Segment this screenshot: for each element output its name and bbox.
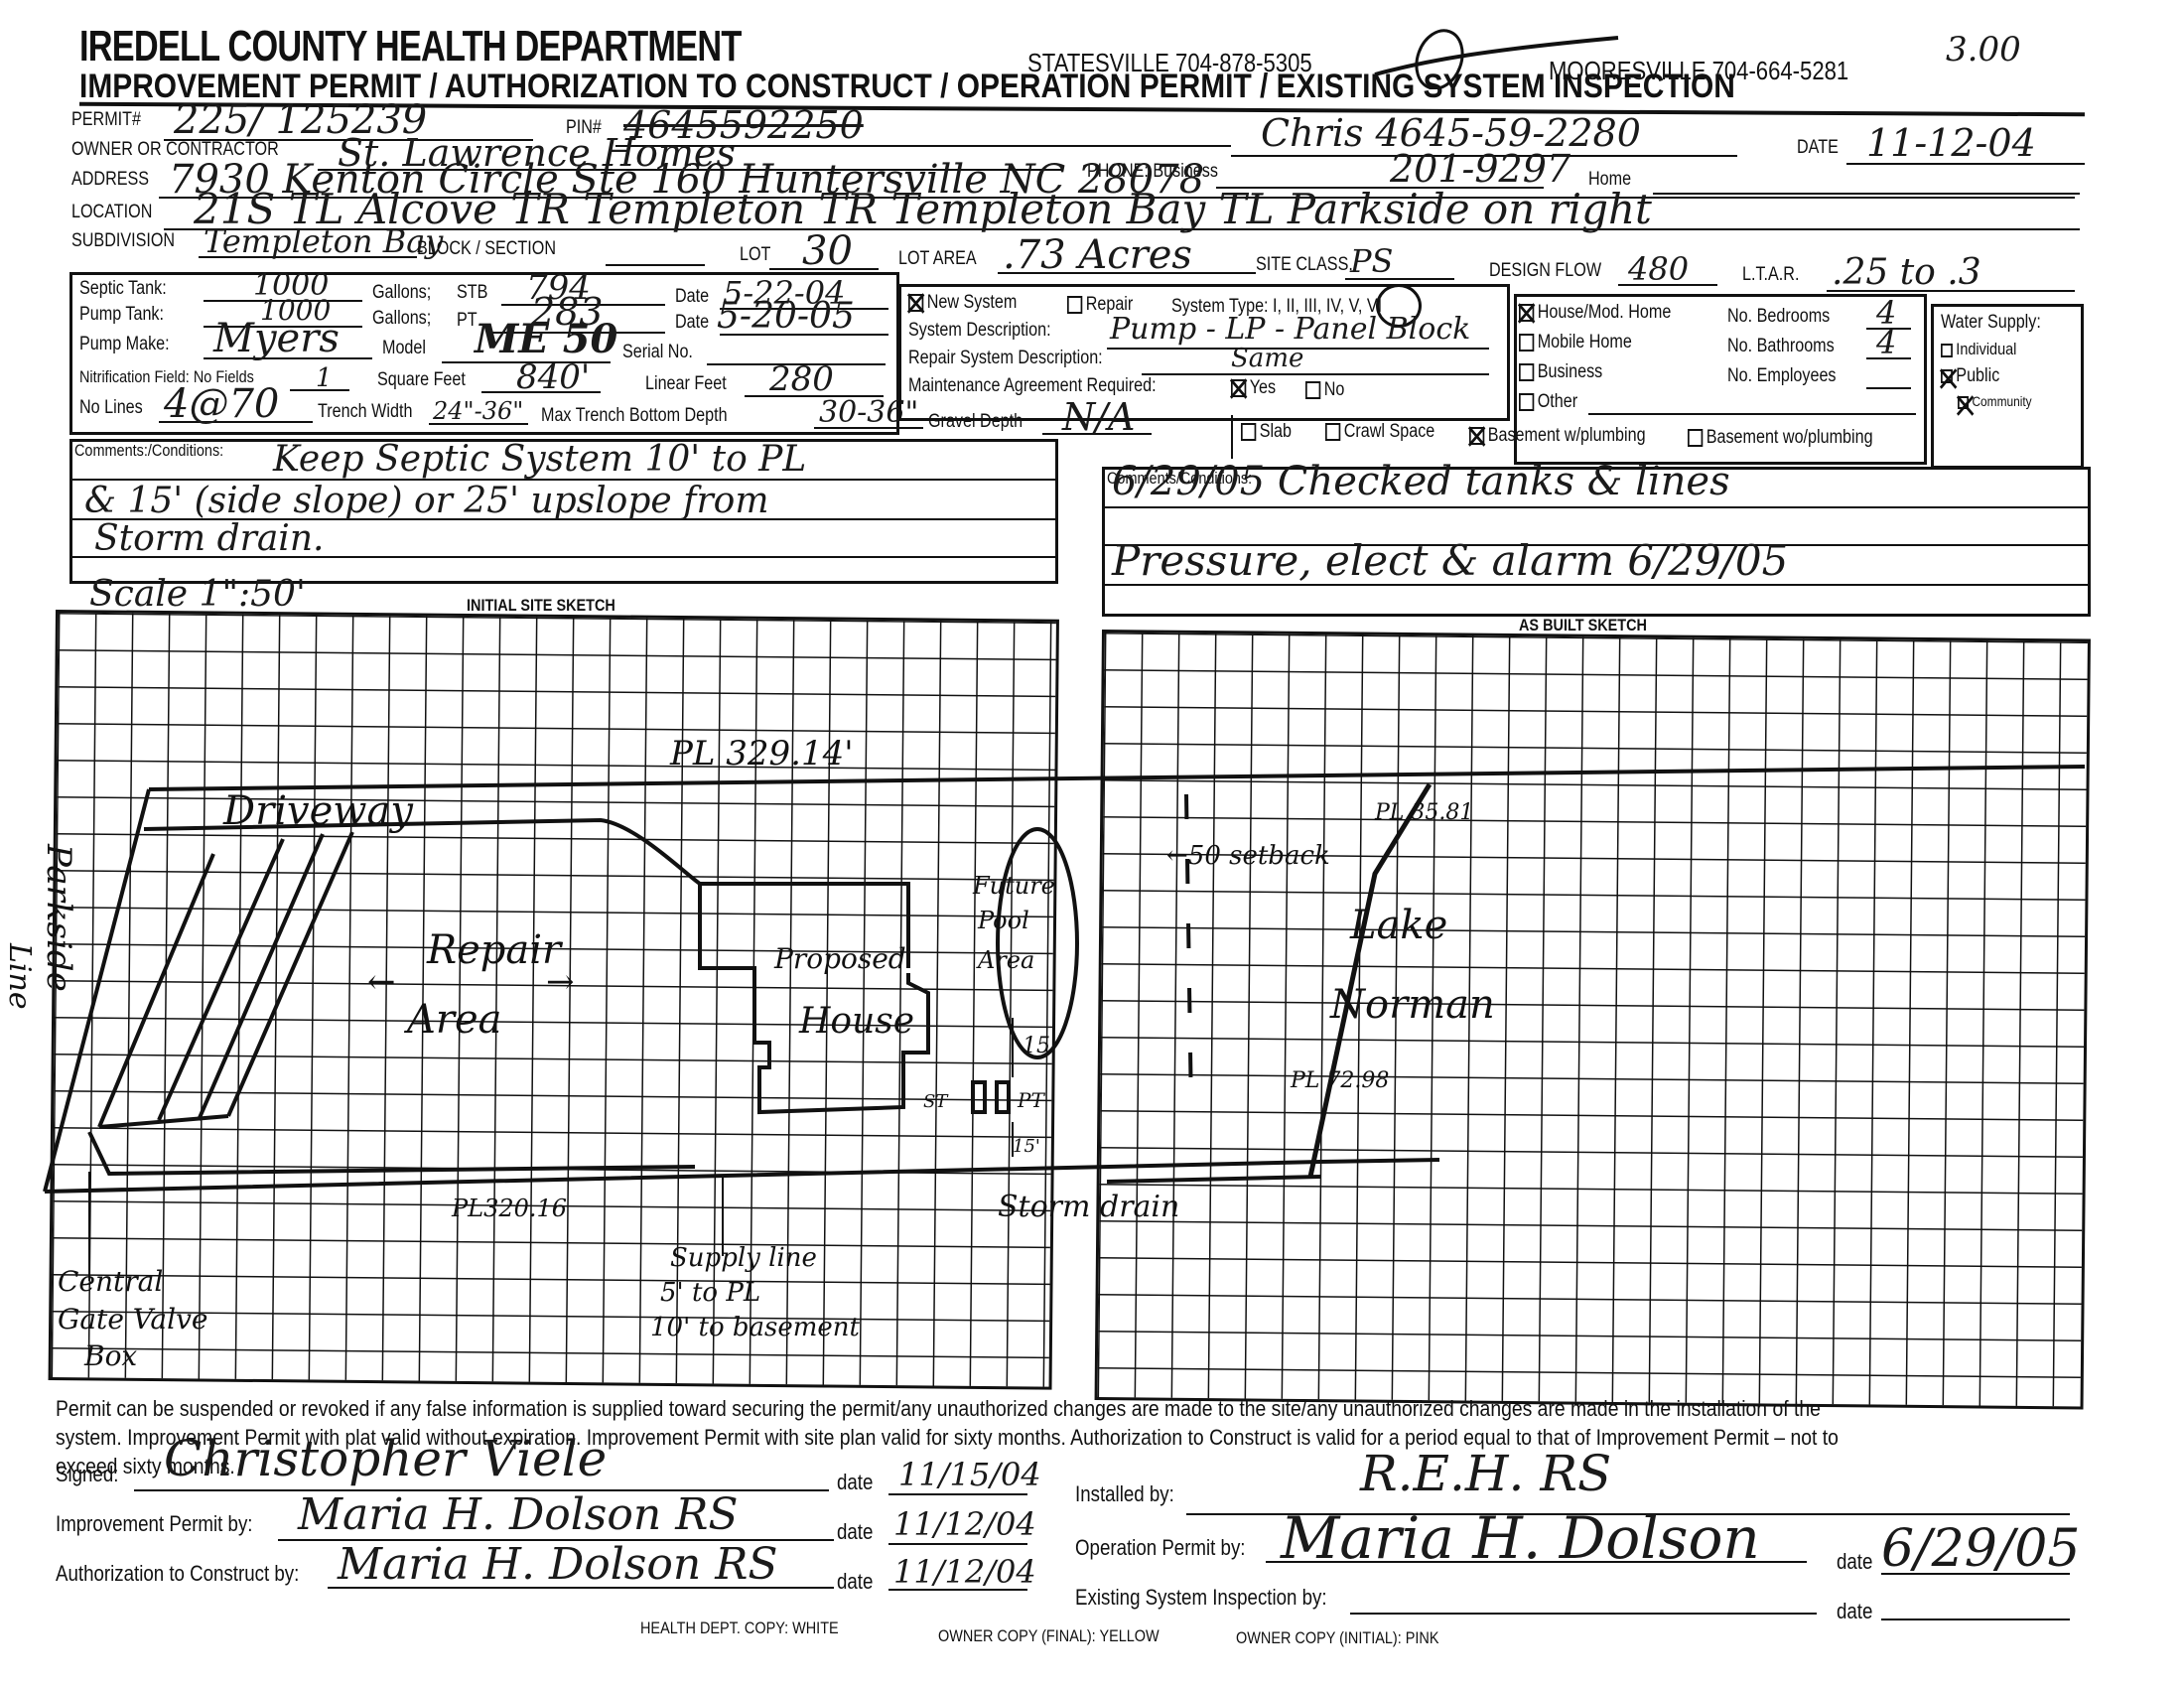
improvement-date[interactable]: 11/12/04: [893, 1505, 1036, 1543]
scribble-mark: [1370, 20, 1628, 89]
pump-label: Pump Tank:: [79, 304, 164, 326]
authorization-label: Authorization to Construct by:: [56, 1561, 299, 1587]
comments-right-line-2[interactable]: Pressure, elect & alarm 6/29/05: [1112, 536, 1788, 585]
lot-value[interactable]: 30: [802, 228, 853, 274]
linear-value[interactable]: 280: [769, 359, 834, 399]
septic-label: Septic Tank:: [79, 278, 167, 300]
bathrooms-value[interactable]: 4: [1876, 324, 1896, 361]
lot-area-label: LOT AREA: [898, 248, 977, 270]
date-value[interactable]: 11-12-04: [1866, 121, 2036, 165]
design-flow-label: DESIGN FLOW: [1489, 260, 1601, 282]
date-label: DATE: [1797, 137, 1839, 159]
public-checkbox[interactable]: [1941, 369, 1953, 383]
pump-make-value[interactable]: Myers: [213, 316, 340, 361]
pump-date-label: Date: [675, 312, 709, 334]
model-label: Model: [382, 338, 426, 359]
ltar-label: L.T.A.R.: [1742, 264, 1799, 286]
other-checkbox[interactable]: [1519, 393, 1534, 411]
water-title: Water Supply:: [1941, 312, 2041, 334]
house-checkbox[interactable]: [1519, 304, 1534, 322]
maint-no-checkbox[interactable]: [1305, 381, 1320, 399]
sketch-scale: Scale 1":50': [89, 574, 306, 615]
trench-width-value[interactable]: 24"-36": [433, 397, 523, 425]
subdivision-value[interactable]: Templeton Bay: [204, 222, 443, 260]
lines-value[interactable]: 4@70: [164, 381, 279, 427]
other-option[interactable]: Other: [1519, 391, 1577, 413]
slab-option[interactable]: Slab: [1241, 421, 1292, 443]
comments-left-line-1[interactable]: Keep Septic System 10' to PL: [273, 439, 806, 480]
authorization-signature[interactable]: Maria H. Dolson RS: [338, 1539, 777, 1590]
public-text: Public: [1956, 365, 1999, 386]
repair-desc-label: Repair System Description:: [908, 348, 1103, 369]
signed-date-label: date: [837, 1470, 873, 1495]
mobile-checkbox[interactable]: [1519, 334, 1534, 352]
sqft-value[interactable]: 840': [516, 357, 590, 397]
stb-label: STB: [457, 282, 487, 304]
statesville-phone: STATESVILLE 704-878-5305: [1027, 48, 1312, 78]
comments-left-label: Comments:/Conditions:: [74, 441, 223, 461]
linear-label: Linear Feet: [645, 373, 727, 395]
existing-date-label: date: [1837, 1599, 1872, 1624]
repair-desc-value[interactable]: Same: [1231, 344, 1303, 373]
bathrooms-label: No. Bathrooms: [1727, 336, 1835, 357]
maint-yes-checkbox[interactable]: [1231, 379, 1246, 397]
slab-text: Slab: [1260, 421, 1292, 442]
house-option[interactable]: House/Mod. Home: [1519, 302, 1671, 324]
maint-no-text: No: [1324, 379, 1345, 400]
new-system-text: New System: [927, 292, 1018, 313]
water-public-option[interactable]: Public: [1941, 365, 1999, 387]
business-text: Business: [1538, 361, 1603, 382]
new-system-checkbox[interactable]: [908, 294, 923, 312]
sqft-label: Square Feet: [377, 369, 466, 391]
crawl-option[interactable]: Crawl Space: [1325, 421, 1434, 443]
lot-label: LOT: [740, 244, 770, 266]
agency-title: IREDELL COUNTY HEALTH DEPARTMENT: [79, 22, 742, 71]
improvement-date-label: date: [837, 1519, 873, 1545]
community-text: Community: [1972, 393, 2031, 409]
maint-yes-text: Yes: [1250, 377, 1276, 398]
fee-note: 3.00: [1946, 30, 2021, 70]
maint-yes-option[interactable]: Yes: [1231, 377, 1276, 399]
initial-site-sketch-grid[interactable]: [49, 610, 1059, 1390]
installed-signature[interactable]: R.E.H. RS: [1360, 1445, 1611, 1502]
copy-pink: OWNER COPY (INITIAL): PINK: [1236, 1628, 1438, 1648]
signed-signature[interactable]: Christopher Viele: [164, 1430, 607, 1487]
site-class-label: SITE CLASS.: [1256, 254, 1353, 276]
crawl-text: Crawl Space: [1344, 421, 1435, 442]
design-flow-value[interactable]: 480: [1628, 250, 1689, 288]
max-depth-label: Max Trench Bottom Depth: [541, 405, 728, 427]
site-class-value[interactable]: PS: [1350, 242, 1393, 280]
mobile-text: Mobile Home: [1538, 332, 1632, 352]
maint-no-option[interactable]: No: [1305, 379, 1344, 401]
operation-date[interactable]: 6/29/05: [1881, 1519, 2080, 1579]
bedrooms-label: No. Bedrooms: [1727, 306, 1830, 328]
fields-value[interactable]: 1: [316, 363, 333, 393]
line-label: Line: [2, 942, 37, 1010]
signed-date-line: [888, 1493, 1027, 1495]
operation-date-label: date: [1837, 1549, 1872, 1575]
existing-label: Existing System Inspection by:: [1075, 1585, 1327, 1611]
improvement-signature[interactable]: Maria H. Dolson RS: [298, 1489, 738, 1540]
description-label: System Description:: [908, 320, 1051, 342]
permit-label: PERMIT#: [71, 109, 141, 131]
phone-home-line: [1653, 193, 2080, 195]
lines-label: No Lines: [79, 397, 143, 419]
business-option[interactable]: Business: [1519, 361, 1602, 383]
other-text: Other: [1538, 391, 1577, 412]
septic-date-label: Date: [675, 286, 709, 308]
copy-white: HEALTH DEPT. COPY: WHITE: [640, 1619, 839, 1638]
ltar-value[interactable]: .25 to .3: [1832, 252, 1981, 293]
improvement-label: Improvement Permit by:: [56, 1511, 252, 1537]
existing-date-line: [1881, 1619, 2070, 1620]
slab-checkbox[interactable]: [1241, 423, 1256, 441]
as-built-sketch-title: AS BUILT SKETCH: [1519, 616, 1647, 635]
existing-line: [1350, 1613, 1817, 1615]
community-checkbox[interactable]: [1958, 396, 1969, 409]
repair-checkbox[interactable]: [1067, 296, 1082, 314]
location-label: LOCATION: [71, 202, 152, 223]
basement-plumb-checkbox[interactable]: [1469, 427, 1484, 445]
subdivision-label: SUBDIVISION: [71, 230, 175, 252]
employees-line: [1866, 387, 1911, 389]
block-label: BLOCK / SECTION: [417, 238, 556, 260]
improvement-date-line: [888, 1543, 1027, 1545]
individual-checkbox[interactable]: [1941, 344, 1953, 357]
initial-sketch-title: INITIAL SITE SKETCH: [467, 596, 615, 616]
model-value[interactable]: ME 50: [475, 316, 617, 362]
water-individual-option[interactable]: Individual: [1941, 340, 2016, 359]
comments-right-line-1[interactable]: 6/29/05 Checked tanks & lines: [1112, 459, 1730, 504]
installed-label: Installed by:: [1075, 1481, 1174, 1507]
employees-label: No. Employees: [1727, 365, 1837, 387]
other-line: [1588, 413, 1916, 415]
crawl-checkbox[interactable]: [1325, 423, 1340, 441]
pump-date[interactable]: 5-20-05: [717, 296, 855, 337]
block-line: [606, 264, 705, 266]
individual-text: Individual: [1956, 340, 2016, 358]
maintenance-label: Maintenance Agreement Required:: [908, 375, 1157, 397]
comments-left-line-2[interactable]: & 15' (side slope) or 25' upslope from: [84, 481, 768, 521]
comments-left-line-3[interactable]: Storm drain.: [94, 518, 324, 559]
water-community-option[interactable]: Community: [1958, 393, 2032, 409]
operation-label: Operation Permit by:: [1075, 1535, 1245, 1561]
operation-signature[interactable]: Maria H. Dolson: [1281, 1504, 1760, 1572]
serial-label: Serial No.: [622, 342, 693, 363]
pump-make-label: Pump Make:: [79, 334, 170, 355]
house-text: House/Mod. Home: [1538, 302, 1672, 323]
signed-label: Signed:: [56, 1462, 118, 1487]
address-label: ADDRESS: [71, 169, 149, 191]
new-system-option[interactable]: New System: [908, 292, 1017, 314]
pump-gallons-label: Gallons;: [372, 308, 431, 330]
comments-right-rule-1: [1102, 506, 2088, 508]
as-built-sketch-grid[interactable]: [1095, 630, 2091, 1410]
authorization-date-label: date: [837, 1569, 873, 1595]
copy-yellow: OWNER COPY (FINAL): YELLOW: [938, 1626, 1160, 1646]
signed-date[interactable]: 11/15/04: [898, 1456, 1041, 1493]
description-value[interactable]: Pump - LP - Panel Block: [1110, 312, 1470, 347]
trench-width-label: Trench Width: [318, 401, 412, 423]
business-checkbox[interactable]: [1519, 363, 1534, 381]
authorization-date[interactable]: 11/12/04: [893, 1553, 1036, 1591]
septic-gallons-label: Gallons;: [372, 282, 431, 304]
lot-area-value[interactable]: .73 Acres: [1003, 232, 1192, 278]
mobile-option[interactable]: Mobile Home: [1519, 332, 1632, 353]
repair-desc-line: [1142, 373, 1489, 375]
